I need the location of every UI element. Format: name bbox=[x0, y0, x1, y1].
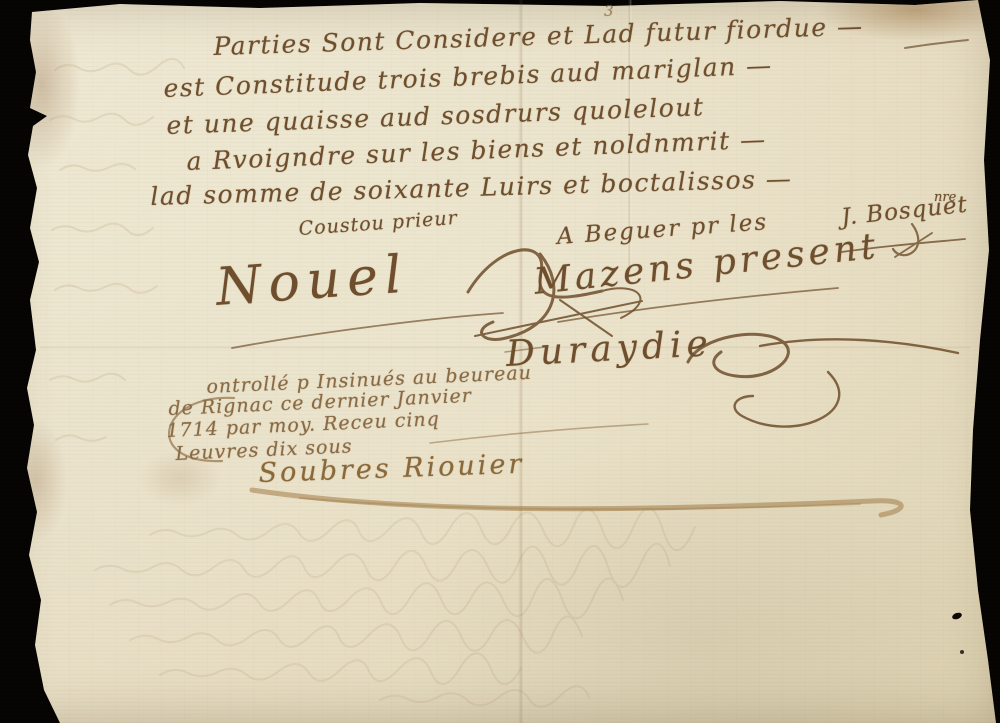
attestation-bosquet-superscript: nre bbox=[934, 190, 956, 205]
page-number: 3 bbox=[604, 2, 614, 20]
paper-speck bbox=[960, 650, 964, 654]
manuscript-photo: 3 Parties Sont Considere et Lad futur fi… bbox=[0, 0, 1000, 723]
